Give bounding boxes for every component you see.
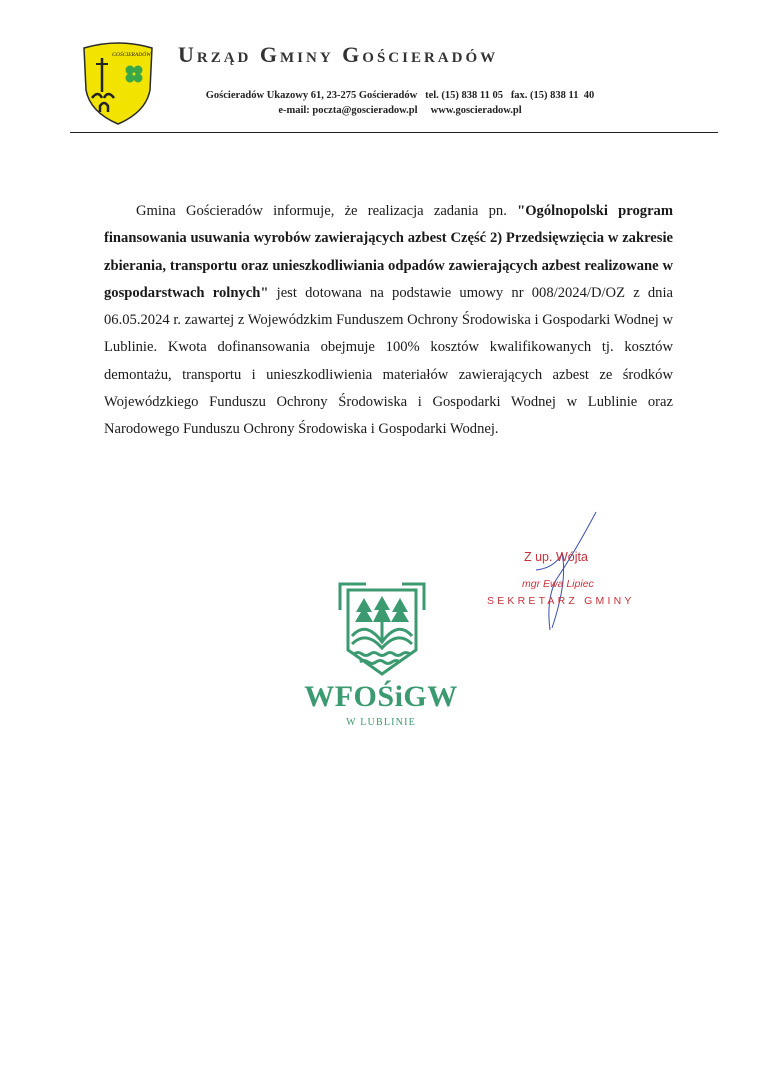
signatory-name: mgr Ewa Lipiec	[522, 578, 594, 590]
office-contact: Gościeradów Ukazowy 61, 23-275 Gościerad…	[160, 88, 640, 118]
gmina-crest-icon: GOŚCIERADÓW	[78, 40, 158, 126]
announcement-body: Gmina Gościeradów informuje, że realizac…	[104, 198, 673, 444]
office-title: Urząd Gminy Gościeradów	[178, 42, 498, 68]
letterhead-divider	[70, 132, 718, 133]
funder-location: W LUBLINIE	[296, 717, 466, 728]
address-line: Gościeradów Ukazowy 61, 23-275 Gościerad…	[160, 88, 640, 103]
announcement-paragraph: Gmina Gościeradów informuje, że realizac…	[104, 198, 673, 444]
wfosigw-emblem-icon	[336, 580, 428, 680]
funder-name: WFOŚiGW	[296, 680, 466, 714]
svg-text:GOŚCIERADÓW: GOŚCIERADÓW	[112, 50, 151, 58]
signature-authority: Z up. Wójta	[524, 550, 588, 564]
signatory-role: SEKRETARZ GMINY	[487, 595, 635, 607]
contact-line: e-mail: poczta@goscieradow.pl www.goscie…	[160, 103, 640, 118]
signature-stamp: Z up. Wójta mgr Ewa Lipiec SEKRETARZ GMI…	[476, 540, 656, 640]
handwritten-signature-icon	[476, 510, 636, 640]
